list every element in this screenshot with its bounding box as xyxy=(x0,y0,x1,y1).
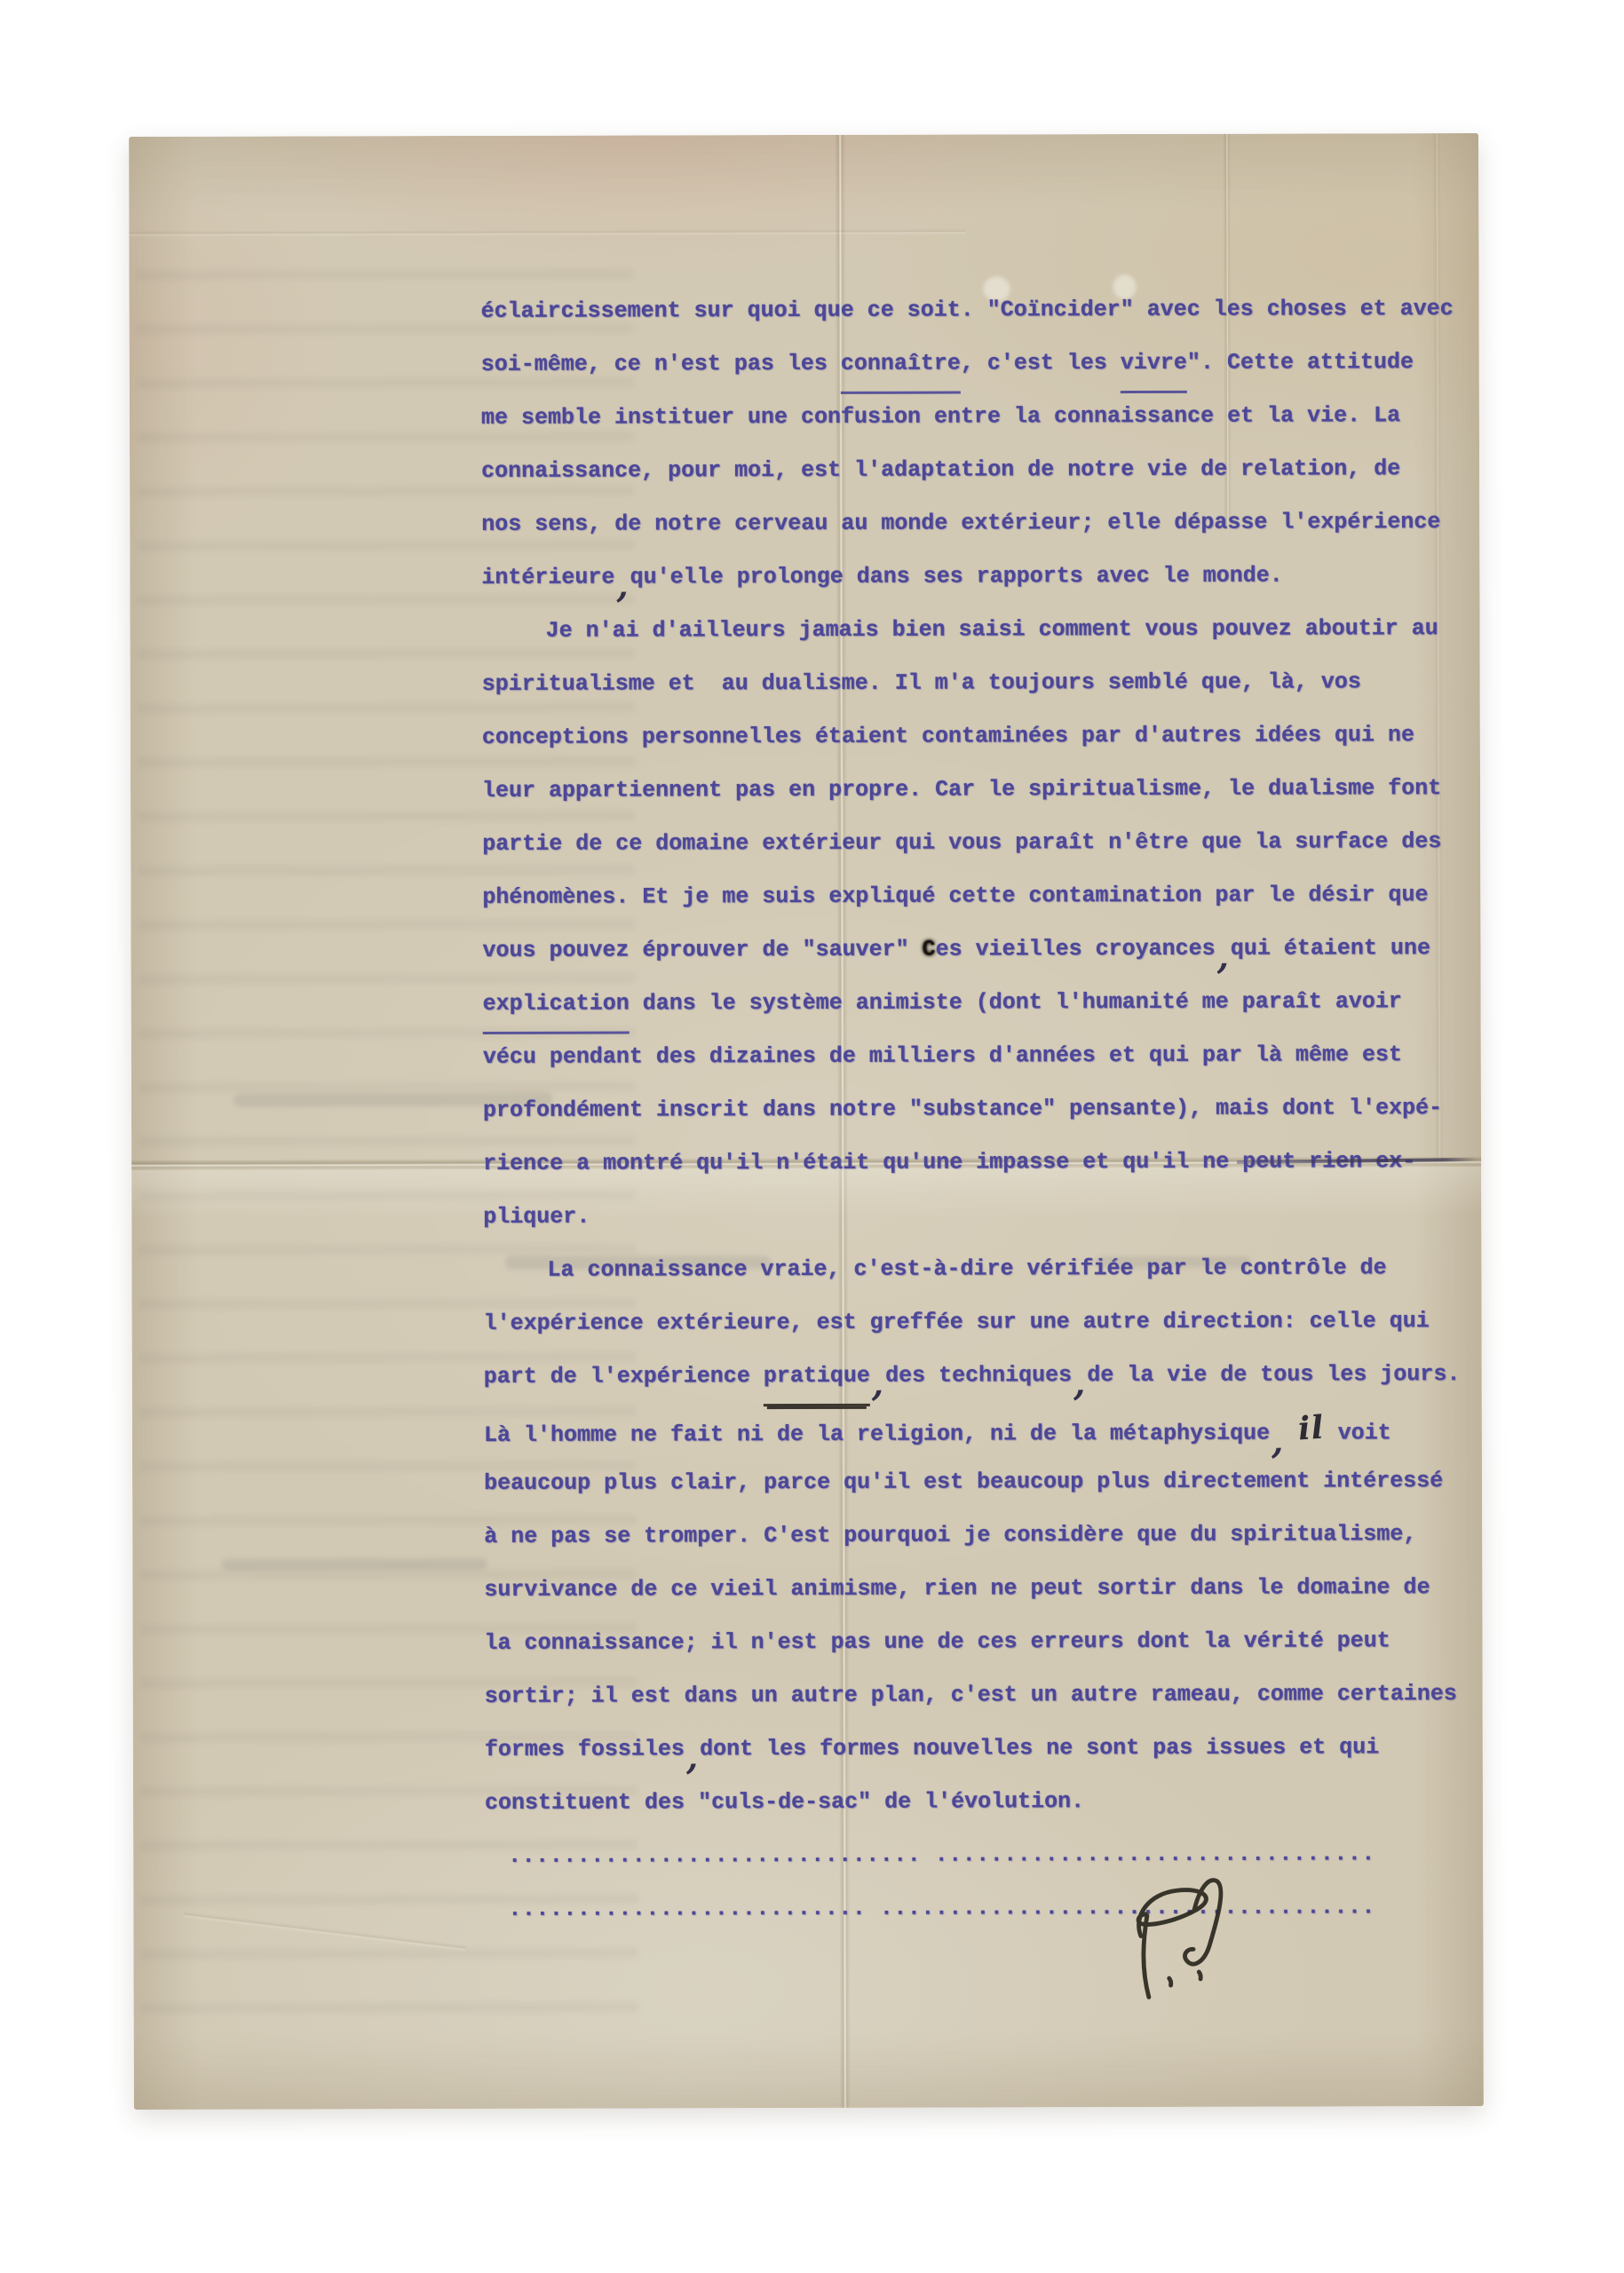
underlined-word: connaître xyxy=(841,337,961,394)
typed-text: dont les formes nouvelles ne sont pas is… xyxy=(700,1721,1379,1776)
typed-text: part de l'expérience xyxy=(484,1350,764,1404)
letter-line: pliquer. xyxy=(483,1188,1477,1244)
typed-text: vécu pendant des dizaines de milliers d'… xyxy=(483,1028,1402,1084)
fold-crease-corner xyxy=(183,1911,466,1952)
typed-text: dans le système animiste (dont l'humanit… xyxy=(630,975,1402,1030)
typed-text: , c'est les xyxy=(961,337,1121,390)
ink-blot-correction: C xyxy=(923,923,936,977)
letter-line: part de l'expérience pratique,des techni… xyxy=(484,1348,1478,1404)
underlined-word: pratique xyxy=(764,1350,870,1406)
typed-text: ". Cette attitude xyxy=(1187,336,1414,390)
typed-text: me semble instituer une confusion entre … xyxy=(481,389,1400,445)
letter-line: La connaissance vraie, c'est-à-dire véri… xyxy=(483,1241,1477,1297)
dotted-line: .............................. .........… xyxy=(485,1827,1479,1883)
letter-line: la connaissance; il n'est pas une de ces… xyxy=(484,1614,1478,1670)
typed-text: éclaircissement sur quoi que ce soit. "C… xyxy=(481,282,1454,338)
typed-text: la connaissance; il n'est pas une de ces… xyxy=(484,1614,1390,1670)
typed-text: phénomènes. Et je me suis expliqué cette… xyxy=(482,868,1428,924)
typed-text: des techniques xyxy=(885,1349,1072,1403)
typed-text: leur appartiennent pas en propre. Car le… xyxy=(482,762,1441,818)
typed-text: qui étaient une xyxy=(1231,922,1430,976)
letter-body: éclaircissement sur quoi que ce soit. "C… xyxy=(481,282,1480,1936)
letter-line: à ne pas se tromper. C'est pourquoi je c… xyxy=(484,1508,1478,1564)
letter-line: explication dans le système animiste (do… xyxy=(483,975,1477,1031)
typed-text: partie de ce domaine extérieur qui vous … xyxy=(482,815,1441,871)
letter-sheet: éclaircissement sur quoi que ce soit. "C… xyxy=(129,133,1484,2110)
typed-text: Là l'homme ne fait ni de la religion, ni… xyxy=(484,1407,1270,1462)
typed-text: vous pouvez éprouver de "sauver" xyxy=(482,923,922,978)
typed-text: La connaissance vraie, c'est-à-dire véri… xyxy=(547,1241,1386,1296)
struck-text: peut rien ex- xyxy=(1242,1135,1415,1189)
typed-text: connaissance, pour moi, est l'adaptation… xyxy=(481,442,1400,498)
letter-line: survivance de ce vieil animisme, rien ne… xyxy=(484,1561,1478,1617)
dotted-line: .......................... .............… xyxy=(485,1881,1479,1936)
typed-text: spiritualisme et au dualisme. Il m'a tou… xyxy=(482,655,1361,711)
typed-text: intérieure xyxy=(481,551,614,605)
letter-line: Là l'homme ne fait ni de la religion, ni… xyxy=(484,1401,1478,1457)
bleed-through-smudge xyxy=(221,1558,487,1571)
letter-line: profondément inscrit dans notre "substan… xyxy=(483,1081,1477,1137)
letter-line: l'expérience extérieure, est greffée sur… xyxy=(484,1295,1478,1350)
typed-text: Je n'ai d'ailleurs jamais bien saisi com… xyxy=(545,602,1438,658)
typed-text: rience a montré qu'il n'était qu'une imp… xyxy=(483,1136,1242,1191)
letter-line: sortir; il est dans un autre plan, c'est… xyxy=(485,1667,1479,1723)
signature-strokes xyxy=(1138,1880,1221,1997)
typed-text: constituent des "culs-de-sac" de l'évolu… xyxy=(485,1775,1084,1830)
letter-line: nos sens, de notre cerveau au monde exté… xyxy=(481,495,1476,551)
letter-line: beaucoup plus clair, parce qu'il est bea… xyxy=(484,1454,1478,1510)
handwritten-insertion: il xyxy=(1296,1401,1327,1456)
letter-line: constituent des "culs-de-sac" de l'évolu… xyxy=(485,1774,1479,1830)
typed-text: de la vie de tous les jours. xyxy=(1087,1348,1460,1402)
fold-crease-top xyxy=(129,229,965,237)
letter-line: partie de ce domaine extérieur qui vous … xyxy=(482,815,1477,871)
underlined-word: explication xyxy=(483,978,630,1034)
typed-text: survivance de ce vieil animisme, rien ne… xyxy=(484,1561,1430,1617)
typed-text: l'expérience extérieure, est greffée sur… xyxy=(484,1295,1430,1350)
typed-text: à ne pas se tromper. C'est pourquoi je c… xyxy=(484,1508,1416,1564)
letter-line: intérieure,qu'elle prolonge dans ses rap… xyxy=(481,549,1476,605)
handwritten-signature xyxy=(1117,1867,1250,2031)
letter-line: me semble instituer une confusion entre … xyxy=(481,389,1476,445)
letter-line: éclaircissement sur quoi que ce soit. "C… xyxy=(481,282,1476,338)
letter-line: spiritualisme et au dualisme. Il m'a tou… xyxy=(482,655,1477,711)
typed-text: pliquer. xyxy=(483,1191,590,1244)
typed-text: beaucoup plus clair, parce qu'il est bea… xyxy=(484,1454,1443,1510)
letter-line: phénomènes. Et je me suis expliqué cette… xyxy=(482,868,1477,924)
letter-line: conceptions personnelles étaient contami… xyxy=(482,709,1477,764)
typed-text: formes fossiles xyxy=(485,1723,685,1777)
letter-line: vécu pendant des dizaines de milliers d'… xyxy=(483,1028,1477,1084)
letter-line: formes fossiles,dont les formes nouvelle… xyxy=(485,1721,1479,1777)
typed-text: conceptions personnelles étaient contami… xyxy=(482,709,1414,764)
letter-line: vous pouvez éprouver de "sauver" Ces vie… xyxy=(482,922,1477,978)
underlined-word: vivre xyxy=(1121,337,1187,393)
letter-line: rience a montré qu'il n'était qu'une imp… xyxy=(483,1135,1477,1191)
typed-text: sortir; il est dans un autre plan, c'est… xyxy=(485,1667,1457,1723)
letter-line: connaissance, pour moi, est l'adaptation… xyxy=(481,442,1476,498)
letter-line: soi-même, ce n'est pas les connaître, c'… xyxy=(481,336,1476,392)
typed-text: voit xyxy=(1325,1406,1391,1460)
letter-line: leur appartiennent pas en propre. Car le… xyxy=(482,762,1477,818)
typed-text: nos sens, de notre cerveau au monde exté… xyxy=(481,495,1440,551)
typed-text: es vieilles croyances xyxy=(936,923,1216,977)
letter-line: Je n'ai d'ailleurs jamais bien saisi com… xyxy=(481,602,1476,658)
typed-text: soi-même, ce n'est pas les xyxy=(481,337,841,392)
typed-text: profondément inscrit dans notre "substan… xyxy=(483,1081,1442,1137)
typed-text: qu'elle prolonge dans ses rapports avec … xyxy=(630,550,1283,605)
